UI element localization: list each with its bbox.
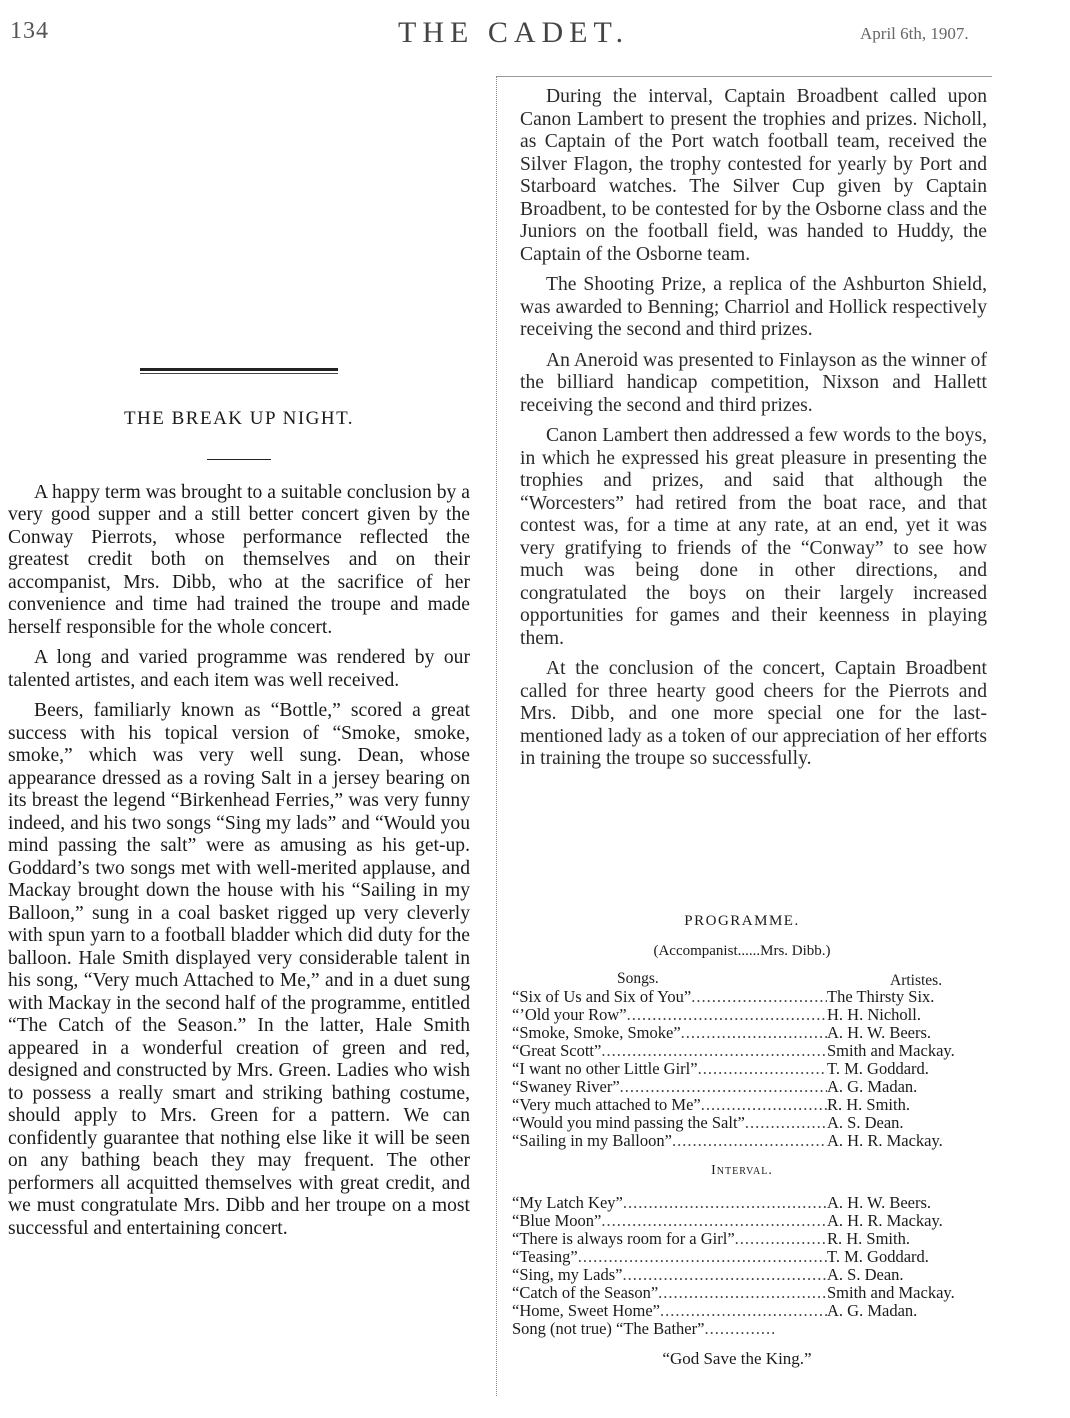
song-title: “Sailing in my Balloon” [512,1132,672,1150]
programme-row: “Great Scott”Smith and Mackay. [512,1042,992,1060]
song-title: “’Old your Row” [512,1006,627,1024]
programme-row: “Teasing”T. M. Goddard. [512,1248,992,1266]
programme-row: “Very much attached to Me”R. H. Smith. [512,1096,992,1114]
artist-name: Smith and Mackay. [827,1042,992,1060]
song-title: “There is always room for a Girl” [512,1230,735,1248]
issue-date: April 6th, 1907. [860,24,969,44]
song-title: “My Latch Key” [512,1194,623,1212]
leader-dots [623,1194,827,1212]
programme-row: “I want no other Little Girl”T. M. Godda… [512,1060,992,1078]
song-title: “Six of Us and Six of You” [512,988,691,1006]
programme-row: “Swaney River”A. G. Madan. [512,1078,992,1096]
programme-row: “Sing, my Lads”A. S. Dean. [512,1266,992,1284]
song-title: Song (not true) “The Bather” [512,1320,704,1338]
song-title: “Would you mind passing the Salt” [512,1114,745,1132]
leader-dots [622,1266,827,1284]
page-number: 134 [10,18,49,45]
song-title: “I want no other Little Girl” [512,1060,698,1078]
artist-name: A. G. Madan. [827,1302,992,1320]
leader-dots [660,1302,827,1320]
paragraph: The Shooting Prize, a replica of the Ash… [520,274,987,342]
song-title: “Great Scott” [512,1042,601,1060]
artist-name: A. H. R. Mackay. [827,1132,992,1150]
artistes-header: Artistes. [890,972,942,990]
paragraph: At the conclusion of the concert, Captai… [520,658,987,771]
artist-name: A. S. Dean. [827,1114,992,1132]
leader-dots [601,1042,827,1060]
artist-name: A. H. W. Beers. [827,1024,992,1042]
paragraph: Canon Lambert then addressed a few words… [520,425,987,650]
leader-dots [601,1212,827,1230]
programme-row: “Catch of the Season”Smith and Mackay. [512,1284,992,1302]
leader-dots [627,1006,827,1024]
programme-accompanist: (Accompanist......Mrs. Dibb.) [492,942,992,960]
programme-column-headers: Songs. Artistes. [512,970,992,988]
paragraph: A happy term was brought to a suitable c… [8,482,470,640]
programme-row: “Home, Sweet Home”A. G. Madan. [512,1302,992,1320]
programme-row: “Blue Moon”A. H. R. Mackay. [512,1212,992,1230]
song-title: “Teasing” [512,1248,578,1266]
song-title: “Very much attached to Me” [512,1096,701,1114]
programme-row: “’Old your Row”H. H. Nicholl. [512,1006,992,1024]
section-double-rule [140,368,338,374]
programme-row: “Sailing in my Balloon”A. H. R. Mackay. [512,1132,992,1150]
leader-dots [620,1078,827,1096]
programme-finale: “God Save the King.” [482,1350,992,1368]
paragraph: Beers, familiarly known as “Bottle,” sco… [8,700,470,1240]
song-title: “Catch of the Season” [512,1284,658,1302]
leader-dots [658,1284,827,1302]
leader-dots [672,1132,827,1150]
leader-dots [701,1096,827,1114]
header-rule [497,76,992,77]
artist-name: H. H. Nicholl. [827,1006,992,1024]
programme-row: “Smoke, Smoke, Smoke”A. H. W. Beers. [512,1024,992,1042]
page-header: 134 THE CADET. April 6th, 1907. [0,0,1070,70]
song-title: “Smoke, Smoke, Smoke” [512,1024,681,1042]
title-short-rule [207,459,271,460]
song-title: “Swaney River” [512,1078,620,1096]
leader-dots [704,1320,774,1338]
song-title: “Sing, my Lads” [512,1266,622,1284]
artist-name: A. H. W. Beers. [827,1194,992,1212]
song-title: “Home, Sweet Home” [512,1302,660,1320]
programme-row: “Would you mind passing the Salt”A. S. D… [512,1114,992,1132]
paragraph: During the interval, Captain Broadbent c… [520,86,987,266]
right-column: During the interval, Captain Broadbent c… [520,86,987,779]
programme-title: PROGRAMME. [492,912,992,930]
artist-name: T. M. Goddard. [827,1060,992,1078]
artist-name: A. H. R. Mackay. [827,1212,992,1230]
artist-name: T. M. Goddard. [827,1248,992,1266]
artist-name: A. G. Madan. [827,1078,992,1096]
leader-dots [745,1114,827,1132]
artist-name: A. S. Dean. [827,1266,992,1284]
artist-name: R. H. Smith. [827,1096,992,1114]
songs-header: Songs. [617,970,659,988]
interval-heading: Interval. [492,1162,992,1180]
programme-row: “There is always room for a Girl”R. H. S… [512,1230,992,1248]
leader-dots [735,1230,827,1248]
song-title: “Blue Moon” [512,1212,601,1230]
artist-name [774,1320,939,1338]
leader-dots [691,988,827,1006]
leader-dots [681,1024,827,1042]
leader-dots [578,1248,827,1266]
paragraph: A long and varied programme was rendered… [8,647,470,692]
artist-name: The Thirsty Six. [827,988,992,1006]
left-column: THE BREAK UP NIGHT. A happy term was bro… [8,368,470,1248]
concert-programme: PROGRAMME. (Accompanist......Mrs. Dibb.)… [512,912,992,1368]
programme-row: “Six of Us and Six of You”The Thirsty Si… [512,988,992,1006]
paragraph: An Aneroid was presented to Finlayson as… [520,350,987,418]
programme-row: “My Latch Key”A. H. W. Beers. [512,1194,992,1212]
masthead-title: THE CADET. [398,16,629,50]
leader-dots [698,1060,827,1078]
column-divider [496,76,497,1396]
programme-row: Song (not true) “The Bather” [512,1320,992,1338]
artist-name: Smith and Mackay. [827,1284,992,1302]
article-title: THE BREAK UP NIGHT. [8,408,470,431]
artist-name: R. H. Smith. [827,1230,992,1248]
